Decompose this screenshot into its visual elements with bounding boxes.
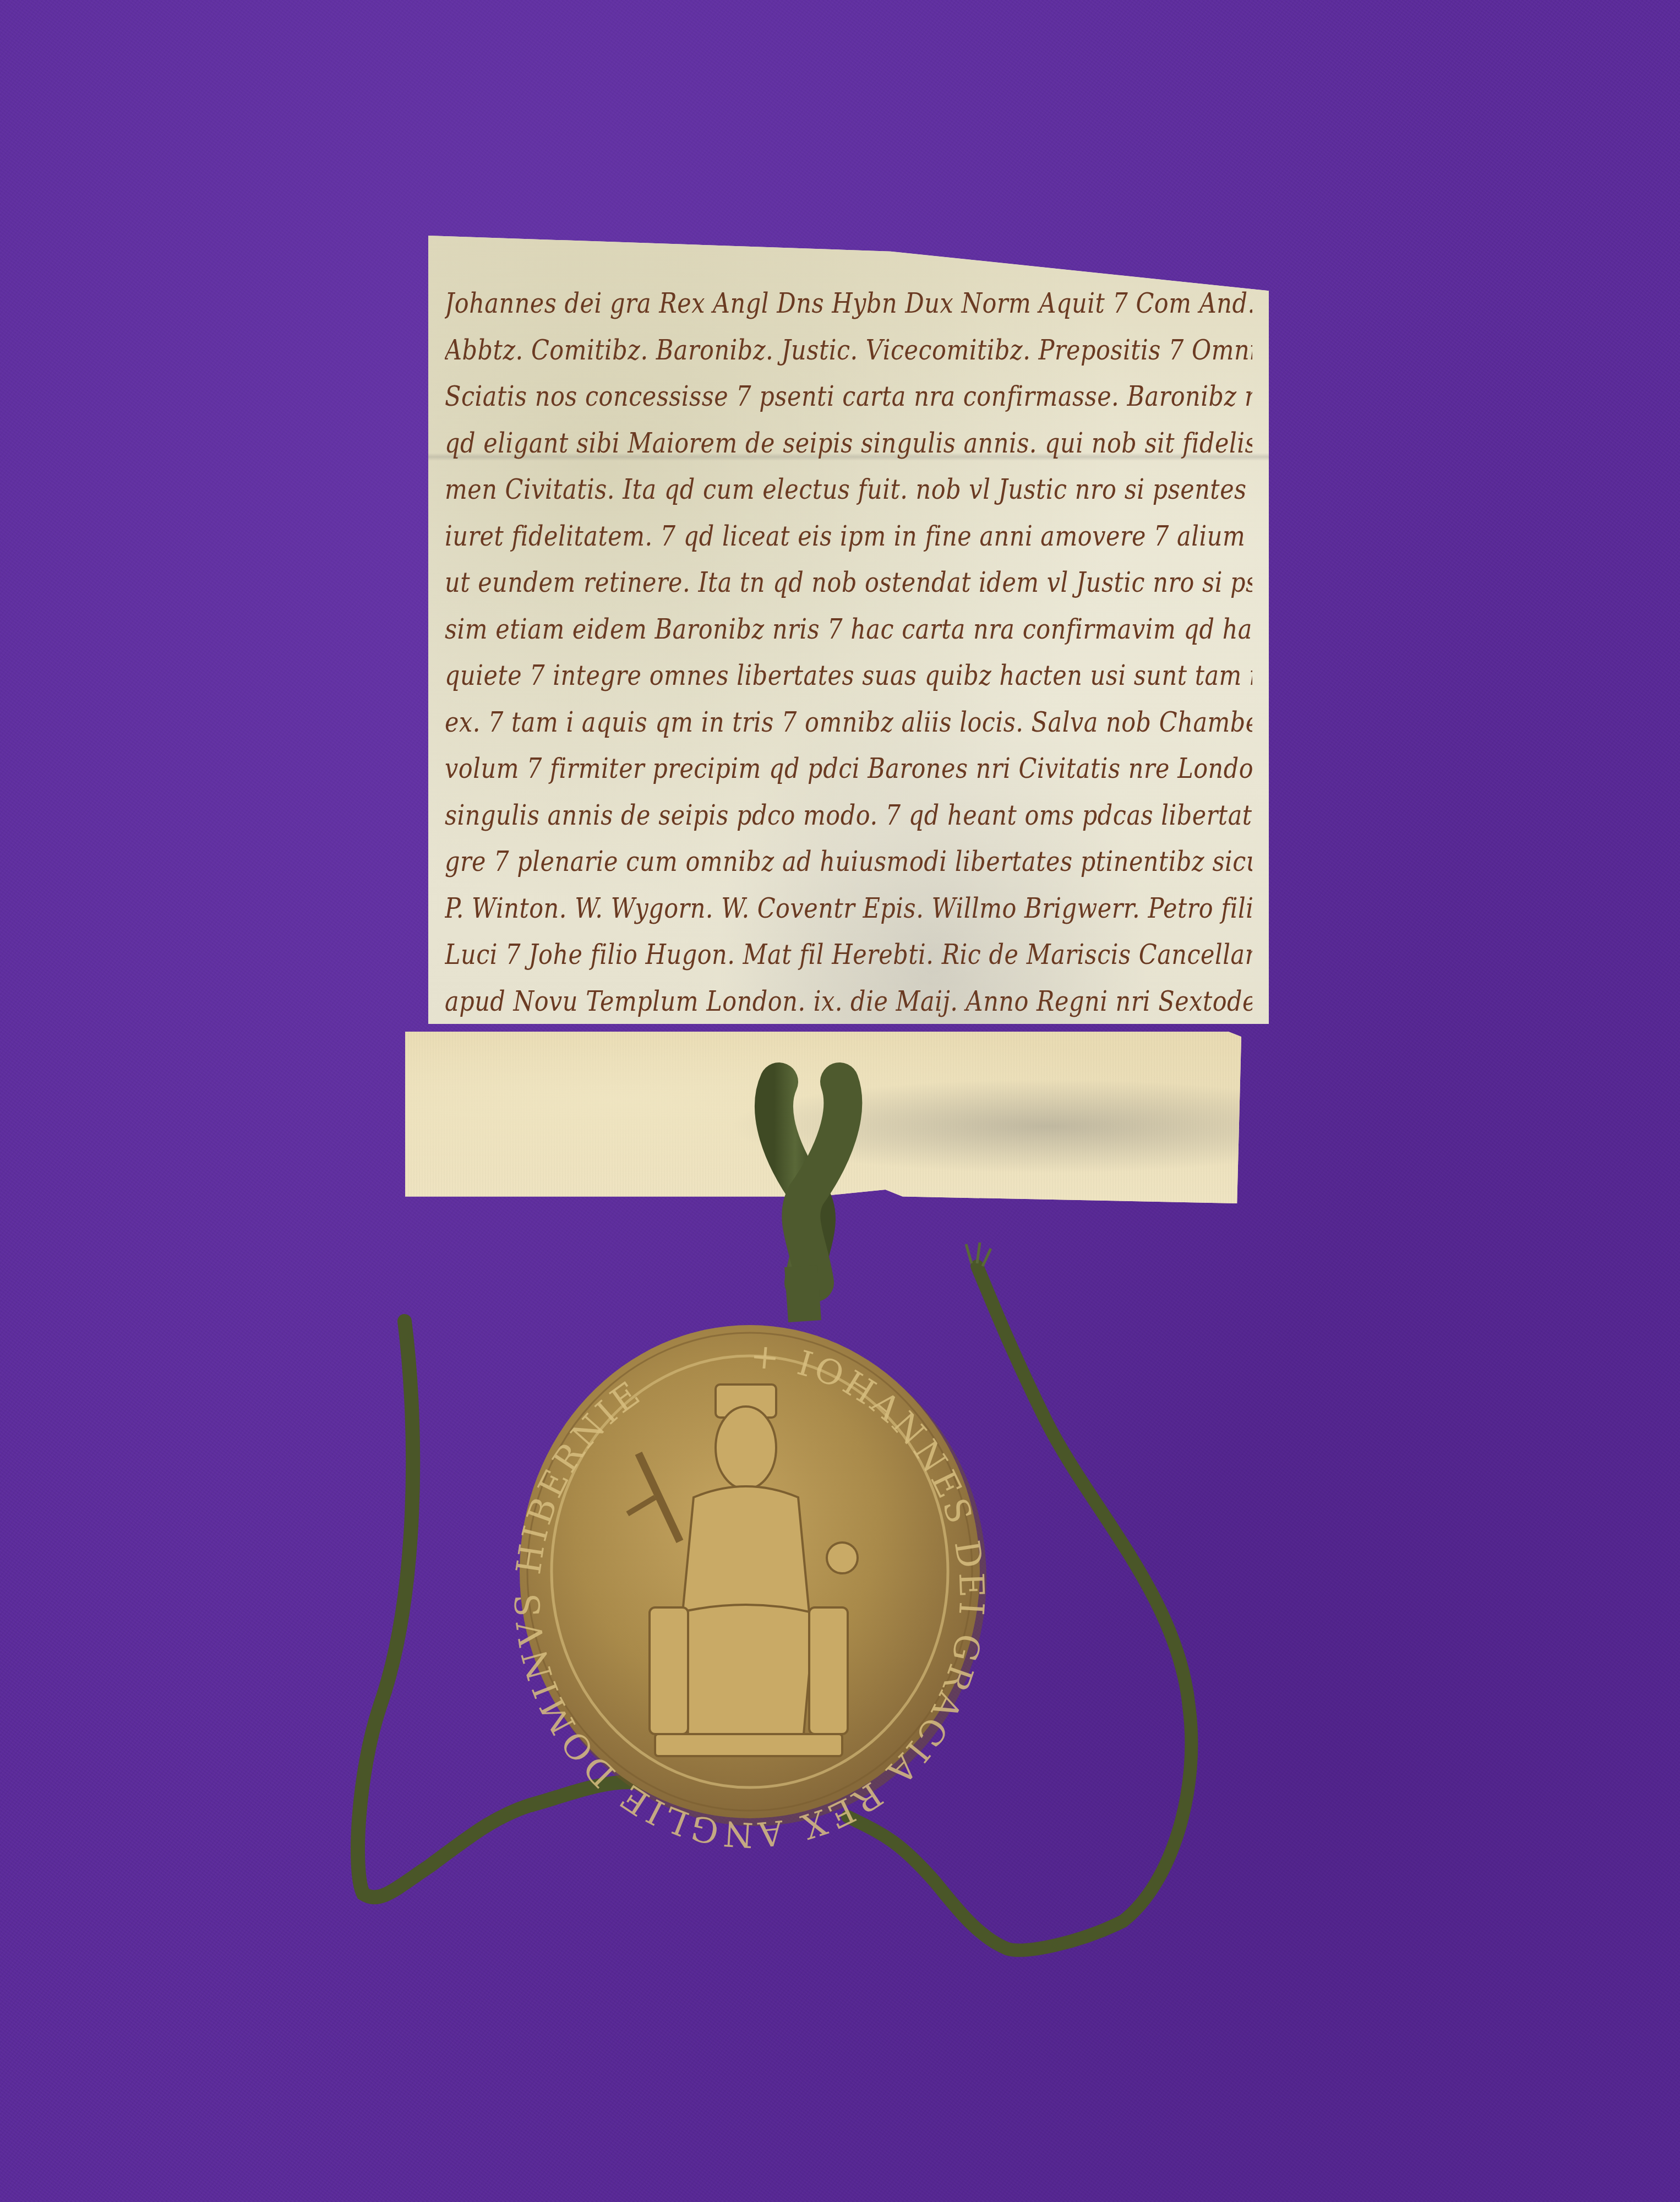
frayed-cord-end — [966, 1242, 991, 1266]
seal-and-cords: + IOHANNES DEI GRACIA REX ANGLIE DOMINVS… — [0, 0, 1680, 2202]
wax-seal: + IOHANNES DEI GRACIA REX ANGLIE DOMINVS… — [507, 1325, 992, 1855]
plaited-cord-top — [774, 1082, 843, 1321]
